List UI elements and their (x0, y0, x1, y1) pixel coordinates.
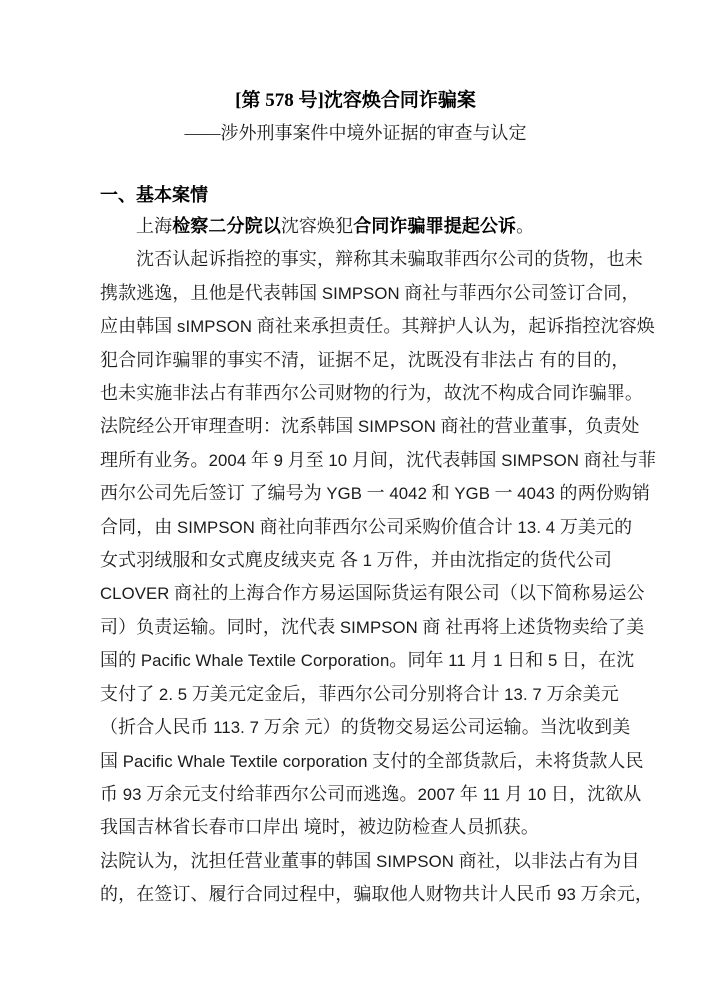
text-run: 商社的营业董事，负责处 (436, 416, 640, 436)
body-line: 沈否认起诉指控的事实，辩称其未骗取菲西尔公司的货物，也未 (100, 243, 611, 276)
text-run: 月间，沈代表韩国 (347, 450, 501, 470)
latin-text-run: 5 (548, 651, 557, 670)
text-run: 月至 (283, 450, 328, 470)
text-run: 。 (516, 216, 534, 236)
text-run: 日和 (503, 650, 548, 670)
body-line: （折合人民币 113. 7 万余 元）的货物交易运公司运输。当沈收到美 (100, 711, 611, 744)
text-run: 万余美元 (542, 684, 619, 704)
latin-text-run: YGB (326, 484, 362, 503)
latin-text-run: 11 (448, 651, 466, 670)
body-line: 女式羽绒服和女式麂皮绒夹克 各 1 万件，并由沈指定的货代公司 (100, 544, 611, 577)
body-line: 法院认为，沈担任营业董事的韩国 SIMPSON 商社，以非法占有为目 (100, 845, 611, 878)
text-run: 理所有业务。 (100, 450, 209, 470)
text-run: 币 (100, 784, 123, 804)
text-run: 上海 (136, 216, 172, 236)
text-run: 年 (455, 784, 482, 804)
latin-text-run: 11 (483, 785, 501, 804)
text-run: 年 (246, 450, 273, 470)
text-run: 我国吉林省长春市口岸出 境时，被边防检查人员抓获。 (100, 817, 539, 837)
text-run: 检察二分院以 (172, 216, 281, 236)
text-run: 商 社再将上述货物卖给了美 (418, 617, 644, 637)
text-run: 月 (500, 784, 527, 804)
text-run: 一 (490, 483, 517, 503)
text-run: 商社，以非法占有为目 (454, 851, 640, 871)
body-line: 理所有业务。2004 年 9 月至 10 月间，沈代表韩国 SIMPSON 商社… (100, 444, 611, 477)
latin-text-run: 4042 (389, 484, 427, 503)
text-run: 万余元， (576, 884, 653, 904)
text-run: 合同，由 (100, 517, 177, 537)
text-run: 商社与菲 (579, 450, 656, 470)
document-body: 上海检察二分院以沈容焕犯合同诈骗罪提起公诉。沈否认起诉指控的事实，辩称其未骗取菲… (100, 210, 611, 912)
document-title: [第 578 号]沈容焕合同诈骗案 (100, 84, 611, 117)
text-run: 支付了 (100, 684, 159, 704)
text-run: 司）负责运输。同时，沈代表 (100, 617, 340, 637)
latin-text-run: SIMPSON (340, 618, 418, 637)
latin-text-run: 13. 7 (504, 685, 542, 704)
text-run: 应由韩国 (100, 316, 177, 336)
latin-text-run: 93 (123, 785, 142, 804)
text-run: 女式羽绒服和女式麂皮绒夹克 各 (100, 550, 363, 570)
section-heading: 一、基本案情 (100, 180, 611, 210)
body-line: CLOVER 商社的上海合作方易运国际货运有限公司（以下简称易运公 (100, 577, 611, 610)
latin-text-run: 2. 5 (159, 685, 187, 704)
page: [第 578 号]沈容焕合同诈骗案 ——涉外刑事案件中境外证据的审查与认定 一、… (0, 0, 707, 999)
document: [第 578 号]沈容焕合同诈骗案 ——涉外刑事案件中境外证据的审查与认定 一、… (0, 0, 707, 912)
body-line: 国的 Pacific Whale Textile Corporation。同年 … (100, 644, 611, 677)
text-run: 万美元的 (555, 517, 632, 537)
document-subtitle: ——涉外刑事案件中境外证据的审查与认定 (100, 117, 611, 150)
text-run: 万余元支付给菲西尔公司而逃逸。 (142, 784, 418, 804)
latin-text-run: 2007 (418, 785, 456, 804)
body-line: 支付了 2. 5 万美元定金后，菲西尔公司分别将合计 13. 7 万余美元 (100, 678, 611, 711)
body-line: 币 93 万余元支付给菲西尔公司而逃逸。2007 年 11 月 10 日，沈欲从 (100, 778, 611, 811)
text-run: 支付的全部货款后，未将货款人民 (368, 751, 644, 771)
text-run: 沈否认起诉指控的事实，辩称其未骗取菲西尔公司的货物，也未 (136, 249, 643, 269)
text-run: 日，在沈 (557, 650, 634, 670)
text-run: 国 (100, 751, 123, 771)
text-run: 商社的上海合作方易运国际货运有限公司（以下简称易运公 (169, 583, 644, 603)
text-run: 万余 元）的货物交易运公司运输。当沈收到美 (259, 717, 630, 737)
latin-text-run: 113. 7 (213, 718, 259, 737)
text-run: 也未实施非法占有菲西尔公司财物的行为，故沈不构成合同诈骗罪。 (100, 383, 643, 403)
latin-text-run: 1 (493, 651, 502, 670)
body-line: 法院经公开审理查明：沈系韩国 SIMPSON 商社的营业董事，负责处 (100, 410, 611, 443)
text-run: 。同年 (389, 650, 448, 670)
text-run: 万件，并由沈指定的货代公司 (372, 550, 612, 570)
latin-text-run: YGB (454, 484, 490, 503)
latin-text-run: 93 (557, 885, 576, 904)
text-run: 商社与菲西尔公司签订合同， (400, 283, 640, 303)
body-line: 国 Pacific Whale Textile corporation 支付的全… (100, 745, 611, 778)
latin-text-run: SIMPSON (376, 852, 454, 871)
latin-text-run: SIMPSON (177, 518, 255, 537)
latin-text-run: 4043 (517, 484, 555, 503)
body-line: 也未实施非法占有菲西尔公司财物的行为，故沈不构成合同诈骗罪。 (100, 377, 611, 410)
text-run: 一 (362, 483, 389, 503)
latin-text-run: 1 (363, 551, 372, 570)
latin-text-run: 9 (274, 451, 283, 470)
latin-text-run: Pacific Whale Textile corporation (123, 752, 368, 771)
text-run: 西尔公司先后签订 了编号为 (100, 483, 326, 503)
body-line: 合同，由 SIMPSON 商社向菲西尔公司采购价值合计 13. 4 万美元的 (100, 511, 611, 544)
text-run: 犯合同诈骗罪的事实不清，证据不足，沈既没有非法占 有的目的， (100, 350, 630, 370)
body-line: 的，在签订、履行合同过程中，骗取他人财物共计人民币 93 万余元， (100, 878, 611, 911)
text-run: 国的 (100, 650, 141, 670)
latin-text-run: 2004 (209, 451, 247, 470)
body-line: 应由韩国 sIMPSON 商社来承担责任。其辩护人认为，起诉指控沈容焕 (100, 310, 611, 343)
text-run: 和 (427, 483, 454, 503)
body-line: 犯合同诈骗罪的事实不清，证据不足，沈既没有非法占 有的目的， (100, 344, 611, 377)
text-run: 法院认为，沈担任营业董事的韩国 (100, 851, 376, 871)
text-run: 沈容焕犯 (281, 216, 353, 236)
body-line: 西尔公司先后签订 了编号为 YGB 一 4042 和 YGB 一 4043 的两… (100, 477, 611, 510)
latin-text-run: 13. 4 (518, 518, 556, 537)
text-run: 的两份购销 (555, 483, 650, 503)
text-run: 携款逃逸，且他是代表韩国 (100, 283, 322, 303)
text-run: （折合人民币 (100, 717, 213, 737)
body-line: 上海检察二分院以沈容焕犯合同诈骗罪提起公诉。 (100, 210, 611, 243)
body-line: 我国吉林省长春市口岸出 境时，被边防检查人员抓获。 (100, 811, 611, 844)
text-run: 法院经公开审理查明：沈系韩国 (100, 416, 358, 436)
latin-text-run: sIMPSON (177, 317, 252, 336)
text-run: 万美元定金后，菲西尔公司分别将合计 (187, 684, 504, 704)
body-line: 携款逃逸，且他是代表韩国 SIMPSON 商社与菲西尔公司签订合同， (100, 277, 611, 310)
latin-text-run: 10 (328, 451, 347, 470)
latin-text-run: SIMPSON (501, 451, 579, 470)
text-run: 的，在签订、履行合同过程中，骗取他人财物共计人民币 (100, 884, 557, 904)
text-run: 月 (466, 650, 493, 670)
latin-text-run: CLOVER (100, 584, 169, 603)
latin-text-run: SIMPSON (358, 417, 436, 436)
text-run: 日，沈欲从 (546, 784, 641, 804)
latin-text-run: Pacific Whale Textile Corporation (141, 651, 390, 670)
text-run: 商社向菲西尔公司采购价值合计 (255, 517, 518, 537)
text-run: 商社来承担责任。其辩护人认为，起诉指控沈容焕 (252, 316, 655, 336)
latin-text-run: SIMPSON (322, 284, 400, 303)
text-run: 合同诈骗罪提起公诉 (353, 216, 516, 236)
body-line: 司）负责运输。同时，沈代表 SIMPSON 商 社再将上述货物卖给了美 (100, 611, 611, 644)
latin-text-run: 10 (527, 785, 546, 804)
